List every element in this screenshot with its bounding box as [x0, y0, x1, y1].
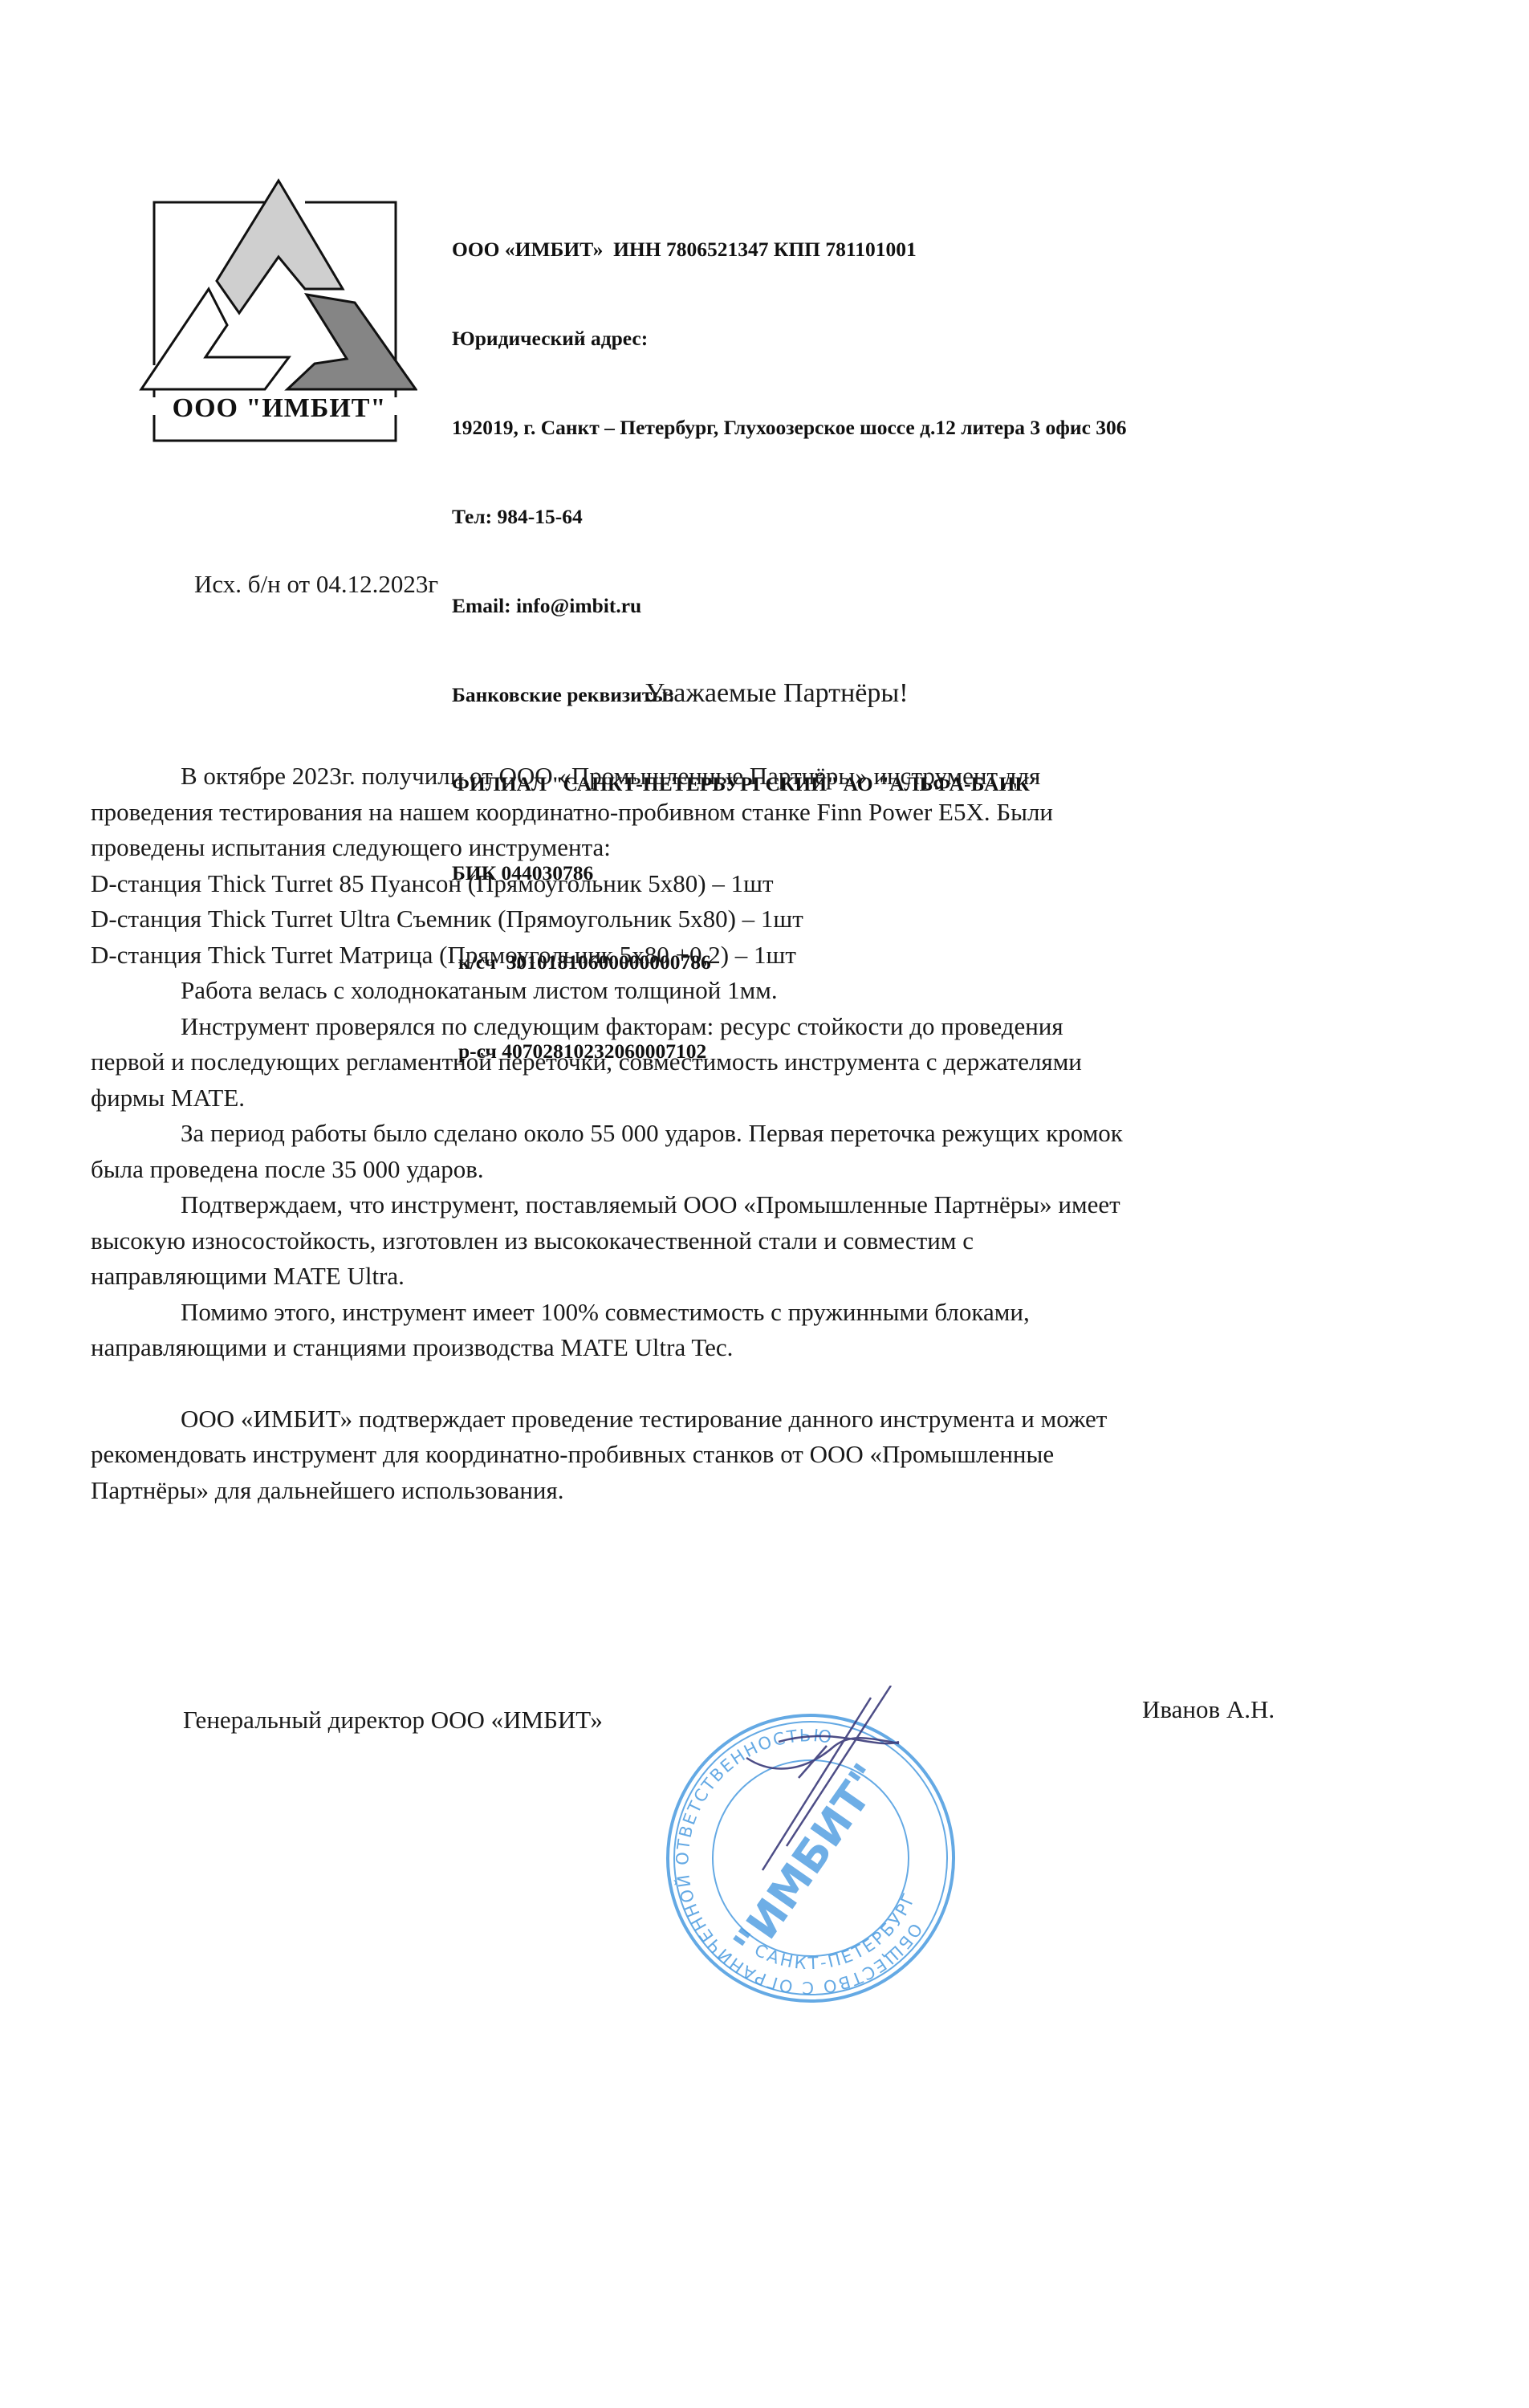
email: Email: info@imbit.ru — [452, 591, 1127, 620]
signatory-title: Генеральный директор ООО «ИМБИТ» — [183, 1706, 603, 1735]
company-logo: ООО "ИМБИТ" — [136, 157, 417, 454]
letter-body: В октябре 2023г. получили от ООО «Промыш… — [91, 759, 1311, 1508]
intro-line: проведены испытания следующего инструмен… — [91, 830, 1311, 866]
legal-address-label: Юридический адрес: — [452, 323, 1127, 353]
outgoing-reference: Исх. б/н от 04.12.2023г — [194, 570, 438, 599]
factors-line: Инструмент проверялся по следующим факто… — [91, 1009, 1311, 1045]
compat-line: направляющими и станциями производства M… — [91, 1330, 1311, 1366]
factors-line: фирмы MATE. — [91, 1080, 1311, 1117]
stamp-center-text: "ИМБИТ" — [723, 1755, 893, 1967]
compat-line: Помимо этого, инструмент имеет 100% совм… — [91, 1295, 1311, 1331]
round-seal-icon: ОБЩЕСТВО С ОГРАНИЧЕННОЙ ОТВЕТСТВЕННОСТЬЮ… — [642, 1686, 979, 2023]
strikes-line: была проведена после 35 000 ударов. — [91, 1152, 1311, 1188]
intro-line: В октябре 2023г. получили от ООО «Промыш… — [91, 759, 1311, 795]
recommend-line: рекомендовать инструмент для координатно… — [91, 1437, 1311, 1473]
recommend-line: Партнёры» для дальнейшего использования. — [91, 1473, 1311, 1509]
logo-bracket-icon — [136, 405, 417, 454]
tool-item: D-станция Thick Turret Матрица (Прямоуго… — [91, 938, 1311, 974]
phone: Тел: 984-15-64 — [452, 502, 1127, 531]
tool-item: D-станция Thick Turret 85 Пуансон (Прямо… — [91, 866, 1311, 902]
strikes-line: За период работы было сделано около 55 0… — [91, 1116, 1311, 1152]
signatory-name: Иванов А.Н. — [1142, 1695, 1275, 1724]
factors-line: первой и последующих регламентной перето… — [91, 1044, 1311, 1080]
confirm-line: высокую износостойкость, изготовлен из в… — [91, 1223, 1311, 1259]
legal-address: 192019, г. Санкт – Петербург, Глухоозерс… — [452, 413, 1127, 442]
paragraph-gap — [91, 1366, 1311, 1401]
salutation: Уважаемые Партнёры! — [0, 678, 1529, 709]
material-line: Работа велась с холоднокатаным листом то… — [91, 973, 1311, 1009]
confirm-line: направляющими MATE Ultra. — [91, 1259, 1311, 1295]
intro-line: проведения тестирования на нашем координ… — [91, 795, 1311, 831]
company-line: ООО «ИМБИТ» ИНН 7806521347 КПП 781101001 — [452, 234, 1127, 264]
recommend-line: ООО «ИМБИТ» подтверждает проведение тест… — [91, 1401, 1311, 1438]
triangle-arrows-logo-icon — [136, 157, 417, 397]
confirm-line: Подтверждаем, что инструмент, поставляем… — [91, 1187, 1311, 1223]
tool-item: D-станция Thick Turret Ultra Съемник (Пр… — [91, 901, 1311, 938]
company-stamp: ОБЩЕСТВО С ОГРАНИЧЕННОЙ ОТВЕТСТВЕННОСТЬЮ… — [642, 1686, 979, 2023]
